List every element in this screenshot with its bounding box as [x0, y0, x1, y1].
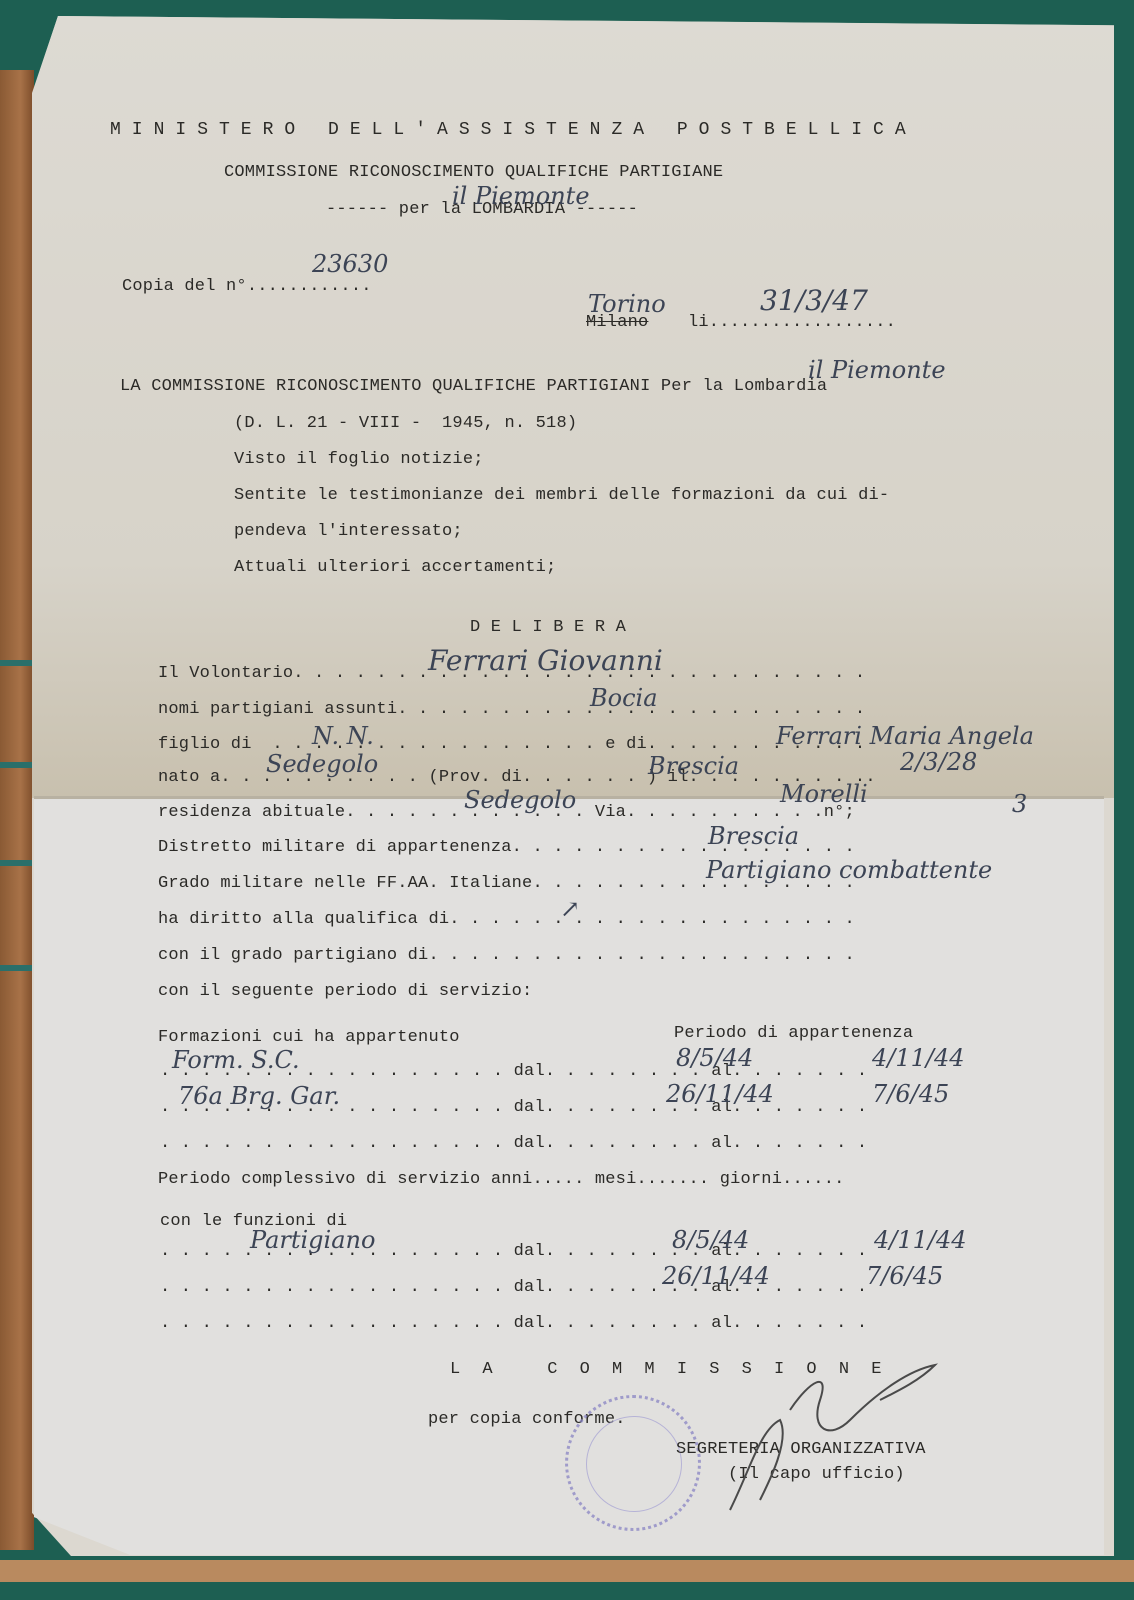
law-reference: (D. L. 21 - VIII - 1945, n. 518) — [234, 414, 577, 433]
value-madre: Ferrari Maria Angela — [776, 722, 1034, 750]
formation-row-from: 26/11/44 — [666, 1080, 774, 1108]
binder-tab — [0, 660, 32, 666]
copy-label: Copia del n°............ — [122, 277, 372, 296]
field-qualifica: ha diritto alla qualifica di. . . . . . … — [158, 910, 855, 929]
value-distretto: Brescia — [708, 822, 799, 850]
function-row-from: 8/5/44 — [672, 1226, 749, 1254]
function-row-to: 7/6/45 — [866, 1262, 943, 1290]
commission-title: COMMISSIONE RICONOSCIMENTO QUALIFICHE PA… — [224, 163, 723, 182]
intro-commission: LA COMMISSIONE RICONOSCIMENTO QUALIFICHE… — [120, 377, 827, 396]
formation-row-dots: . . . . . . . . . . . . . . . . . dal. .… — [160, 1134, 867, 1153]
field-figlio-di: figlio di . . . . . . . . . . . . . . . … — [158, 735, 865, 754]
function-row-from: 26/11/44 — [662, 1262, 770, 1290]
region-handwritten: il Piemonte — [452, 182, 590, 210]
attuali-line: Attuali ulteriori accertamenti; — [234, 558, 556, 577]
value-nomi-partigiani: Bocia — [590, 684, 658, 712]
binder-tab — [0, 965, 32, 971]
value-luogo-nascita: Sedegolo — [266, 750, 378, 778]
wooden-frame-left — [0, 70, 34, 1550]
value-qualifica-arrow: ↗ — [560, 895, 580, 923]
field-periodo-servizio: con il seguente periodo di servizio: — [158, 982, 532, 1001]
period-header: Periodo di appartenenza — [674, 1024, 913, 1043]
function-row-dots: . . . . . . . . . . . . . . . . . dal. .… — [160, 1314, 867, 1333]
wooden-frame-bottom — [0, 1560, 1134, 1582]
value-via: Morelli — [780, 780, 868, 808]
dipendeva-line: pendeva l'interessato; — [234, 522, 463, 541]
formation-row-to: 4/11/44 — [872, 1044, 965, 1072]
formations-header: Formazioni cui ha appartenuto — [158, 1028, 460, 1047]
value-data-nascita: 2/3/28 — [900, 748, 977, 776]
binder-tab — [0, 860, 32, 866]
date-handwritten: 31/3/47 — [760, 284, 868, 317]
value-volontario: Ferrari Giovanni — [428, 644, 663, 677]
function-row-to: 4/11/44 — [874, 1226, 967, 1254]
total-period: Periodo complessivo di servizio anni....… — [158, 1170, 845, 1189]
field-grado-partigiano: con il grado partigiano di. . . . . . . … — [158, 946, 855, 965]
function-row-name: Partigiano — [250, 1226, 375, 1254]
formation-row-name: Form. S.C. — [172, 1046, 300, 1074]
signature — [720, 1350, 950, 1520]
delibera-title: D E L I B E R A — [470, 618, 626, 637]
binder-tab — [0, 762, 32, 768]
formation-row-to: 7/6/45 — [872, 1080, 949, 1108]
value-padre: N. N. — [312, 722, 374, 750]
value-civico: 3 — [1012, 790, 1027, 818]
value-provincia: Brescia — [648, 752, 739, 780]
intro-region-handwritten: il Piemonte — [808, 356, 946, 384]
formation-row-name: 76a Brg. Gar. — [178, 1082, 340, 1110]
visto-line: Visto il foglio notizie; — [234, 450, 484, 469]
value-residenza: Sedegolo — [464, 786, 576, 814]
formation-row-from: 8/5/44 — [676, 1044, 753, 1072]
official-stamp — [565, 1395, 701, 1531]
ministry-title: MINISTERO DELL'ASSISTENZA POSTBELLICA — [110, 120, 917, 140]
field-nomi-partigiani: nomi partigiani assunti. . . . . . . . .… — [158, 700, 865, 719]
date-place-handwritten: Torino — [588, 290, 666, 318]
value-grado-militare: Partigiano combattente — [706, 856, 992, 884]
sentite-line: Sentite le testimonianze dei membri dell… — [234, 486, 889, 505]
copy-number: 23630 — [312, 250, 388, 278]
